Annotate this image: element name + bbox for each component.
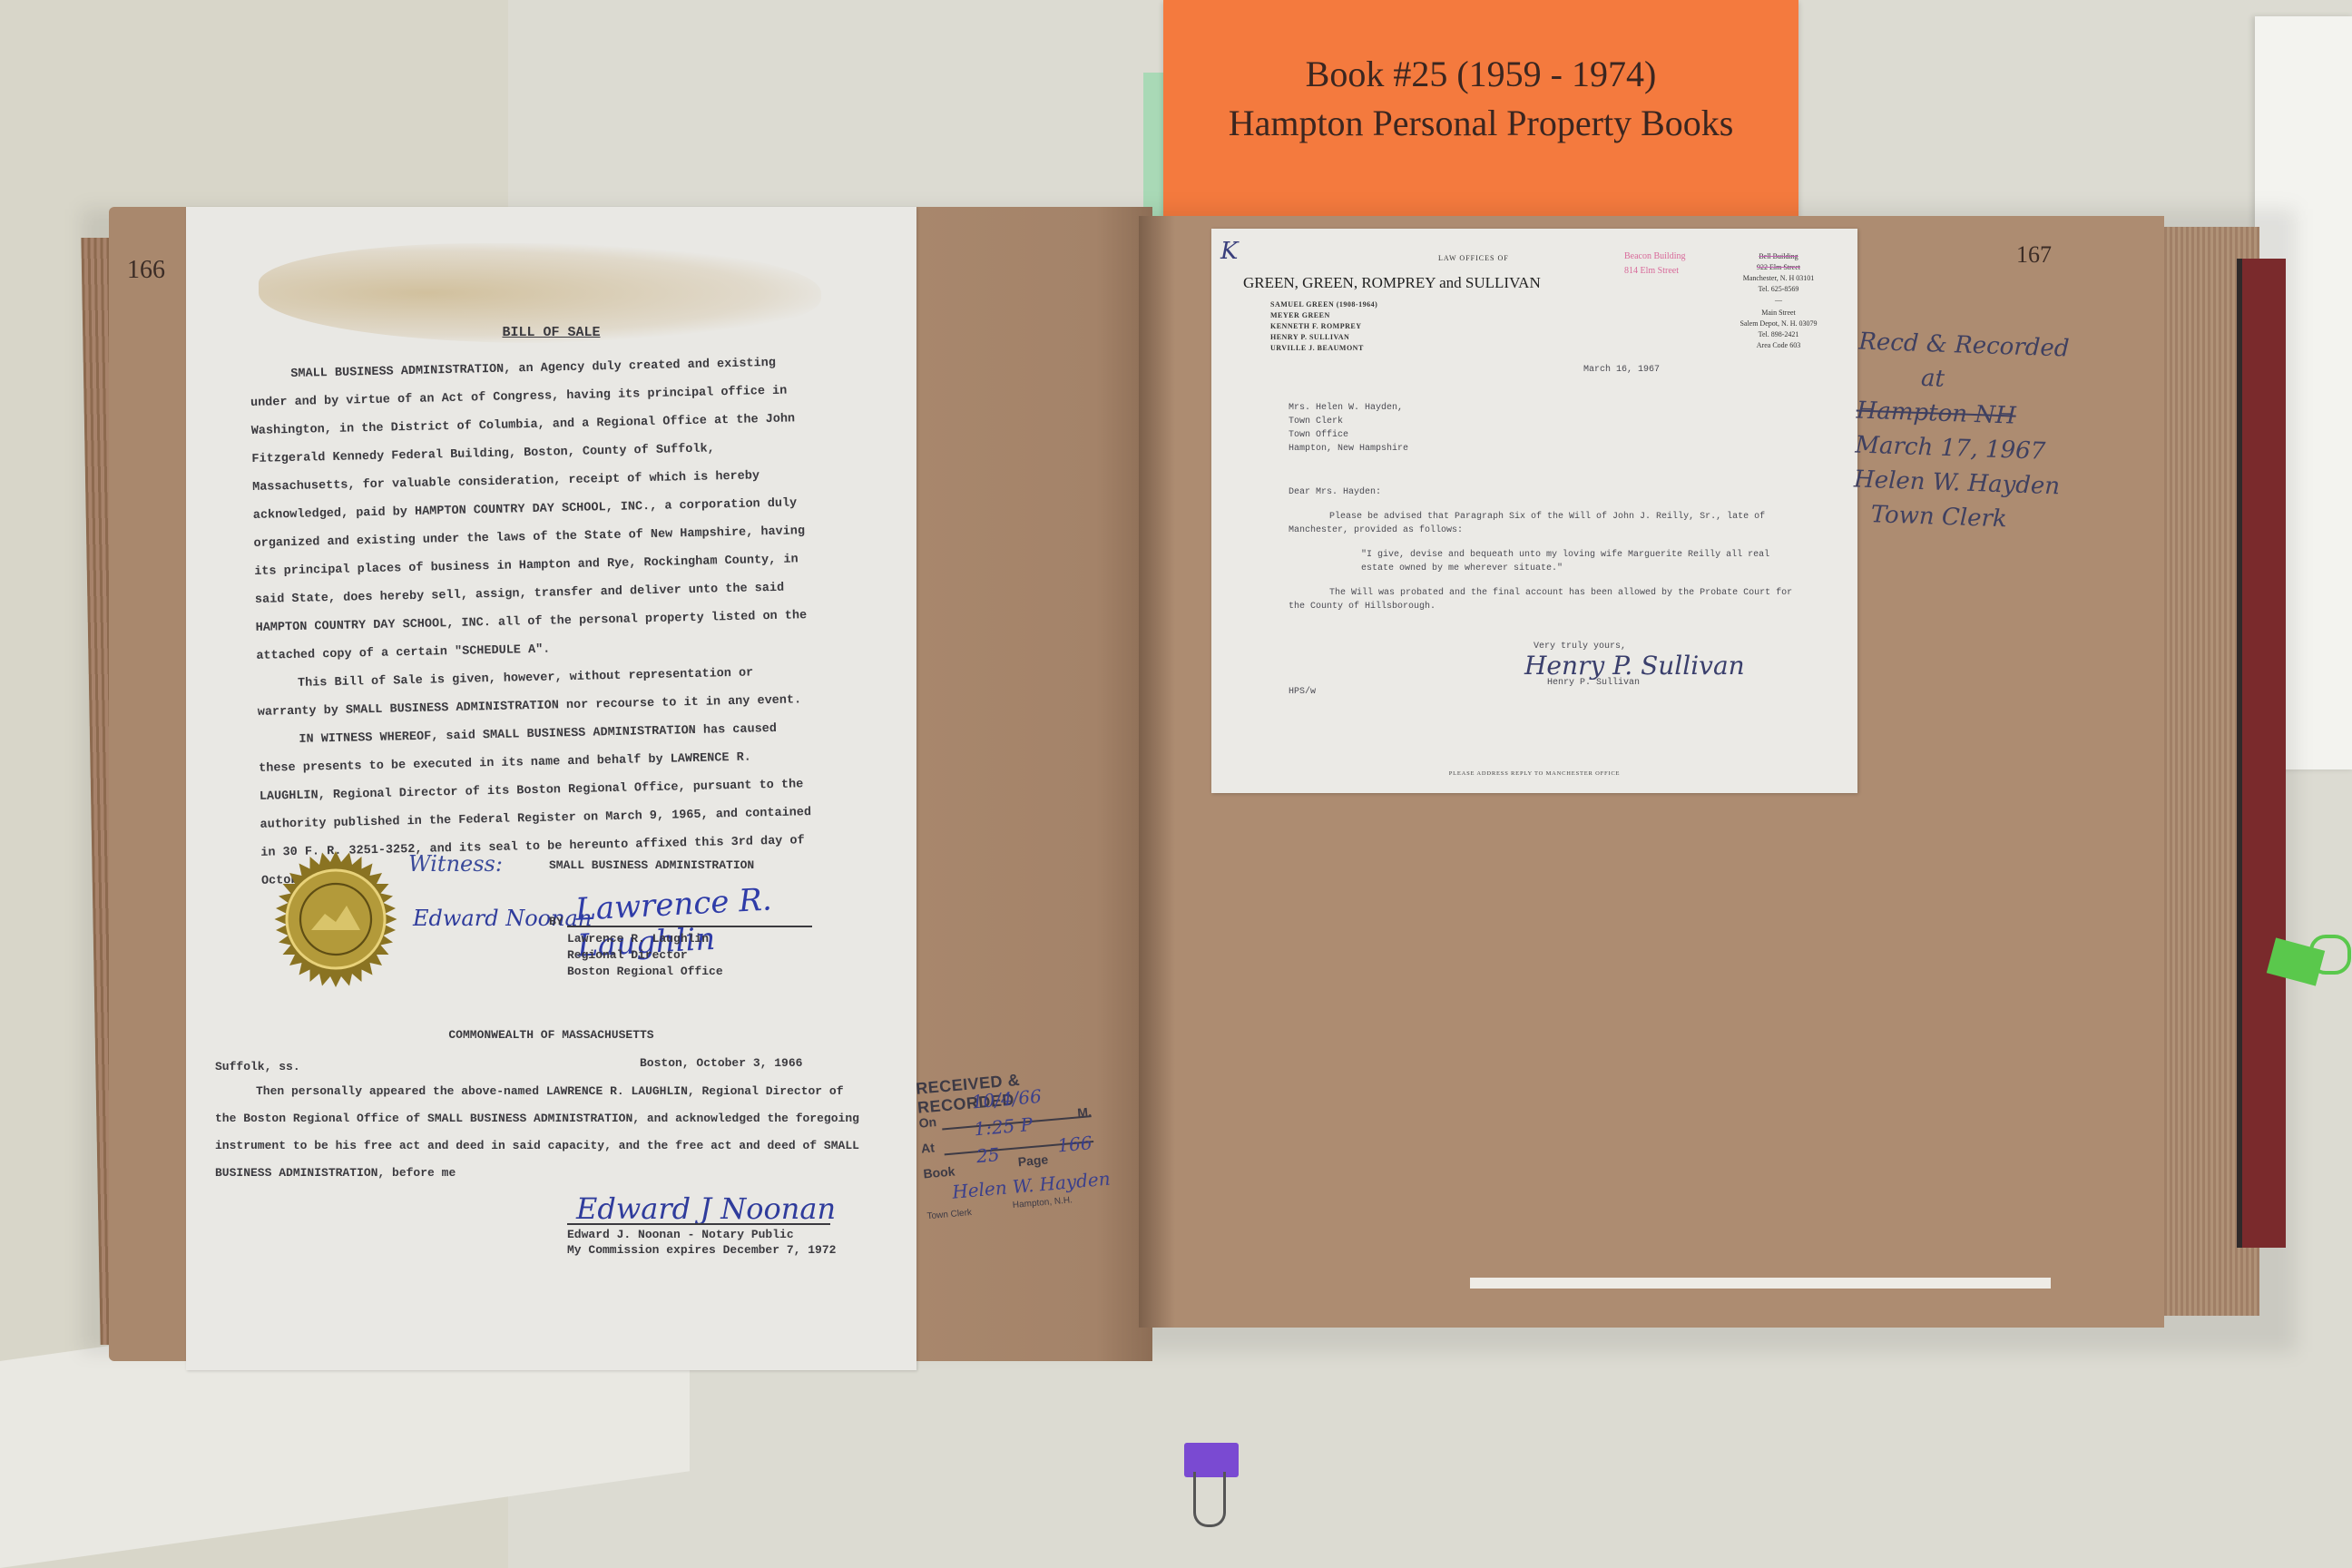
firm-name: GREEN, GREEN, ROMPREY and SULLIVAN xyxy=(1243,274,1541,292)
gold-seal-icon xyxy=(268,851,404,987)
spacer: — xyxy=(1701,295,1856,308)
acknowledgment-heading: COMMONWEALTH OF MASSACHUSETTS xyxy=(186,1028,916,1042)
address-line: Town Office xyxy=(1289,428,1408,442)
clerk-town: Hampton, N.H. xyxy=(1012,1195,1073,1210)
paragraph: The Will was probated and the final acco… xyxy=(1289,586,1797,613)
signer-office: Boston Regional Office xyxy=(567,964,723,980)
partner-list: SAMUEL GREEN (1908-1964) MEYER GREEN KEN… xyxy=(1270,299,1377,354)
office-address-line: Bell Building xyxy=(1701,251,1856,262)
office-address-line: Manchester, N. H 03101 xyxy=(1701,273,1856,284)
page-number-left: 166 xyxy=(127,256,165,285)
greeting: Dear Mrs. Hayden: xyxy=(1289,487,1381,497)
address-stamp: Beacon Building 814 Elm Street xyxy=(1624,250,1686,279)
partner: KENNETH F. ROMPREY xyxy=(1270,321,1377,332)
address-line: Town Clerk xyxy=(1289,415,1408,428)
bill-of-sale-document: BILL OF SALE SMALL BUSINESS ADMINISTRATI… xyxy=(186,207,916,1370)
binder-clip-handle xyxy=(2309,935,2351,975)
book-label: Book #25 (1959 - 1974) Hampton Personal … xyxy=(1163,0,1798,222)
stamp-line-text: 814 Elm Street xyxy=(1624,264,1686,279)
stamp-line-text: Beacon Building xyxy=(1624,250,1686,264)
typist-initials: HPS/w xyxy=(1289,687,1316,697)
area-code: Area Code 603 xyxy=(1701,340,1856,351)
office-addresses: Bell Building 922 Elm Street Manchester,… xyxy=(1701,251,1856,351)
recipient-address: Mrs. Helen W. Hayden, Town Clerk Town Of… xyxy=(1289,401,1408,456)
signer-title: Regional Director xyxy=(567,947,723,964)
page-number-right: 167 xyxy=(2016,241,2052,269)
stamp-page-value: 166 xyxy=(1056,1132,1093,1156)
notary-commission: My Commission expires December 7, 1972 xyxy=(567,1242,836,1258)
office-address-line: Main Street xyxy=(1701,308,1856,318)
sullivan-signature: Henry P. Sullivan xyxy=(1524,651,1745,681)
binder-clip-handle xyxy=(1193,1472,1226,1527)
notary-name: Edward J. Noonan - Notary Public xyxy=(567,1227,836,1242)
right-page-gutter xyxy=(1139,216,1175,1328)
witness-signature: Edward Noonan xyxy=(413,906,592,931)
signer-name: Henry P. Sullivan xyxy=(1547,678,1640,688)
address-line: Hampton, New Hampshire xyxy=(1289,442,1408,456)
notary-block: Edward J. Noonan - Notary Public My Comm… xyxy=(567,1227,836,1258)
paper-strip xyxy=(1470,1278,2051,1289)
paragraph: SMALL BUSINESS ADMINISTRATION, an Agency… xyxy=(250,348,819,671)
partner: SAMUEL GREEN (1908-1964) xyxy=(1270,299,1377,310)
address-line: Mrs. Helen W. Hayden, xyxy=(1289,401,1408,415)
office-address-line: Tel. 625-8569 xyxy=(1701,284,1856,295)
signature-line xyxy=(567,1223,830,1225)
office-address-line: 922 Elm Street xyxy=(1701,262,1856,273)
office-address-line: Tel. 898-2421 xyxy=(1701,329,1856,340)
partner: MEYER GREEN xyxy=(1270,310,1377,321)
letterhead-label: LAW OFFICES OF xyxy=(1438,254,1509,262)
book-cover-edge xyxy=(2237,259,2286,1248)
stamp-at-value: 1:25 P xyxy=(973,1113,1034,1141)
notary-signature: Edward J Noonan xyxy=(576,1191,836,1226)
book-label-subtitle: Hampton Personal Property Books xyxy=(1163,102,1798,144)
place-date: Boston, October 3, 1966 xyxy=(640,1056,802,1070)
partner: URVILLE J. BEAUMONT xyxy=(1270,343,1377,354)
partner: HENRY P. SULLIVAN xyxy=(1270,332,1377,343)
clerk-title: Town Clerk xyxy=(926,1208,972,1221)
stamp-at-label: At xyxy=(920,1140,935,1155)
stamp-page-label: Page xyxy=(1017,1151,1049,1169)
stamp-book-value: 25 xyxy=(975,1143,1000,1167)
acknowledgment-body: Then personally appeared the above-named… xyxy=(215,1078,868,1187)
office-address-line: Salem Depot, N. H. 03079 xyxy=(1701,318,1856,329)
signer-block: Lawrence R. Laughlin Regional Director B… xyxy=(567,931,723,980)
witness-label: Witness: xyxy=(408,851,503,877)
stamp-m-label: M. xyxy=(1077,1104,1093,1120)
venue: Suffolk, ss. xyxy=(215,1060,300,1073)
letter-body: Please be advised that Paragraph Six of … xyxy=(1289,510,1797,624)
received-recorded-stamp: RECEIVED & RECORDED On 10/4/66 At 1:25 P… xyxy=(915,1063,1126,1225)
book-label-title: Book #25 (1959 - 1974) xyxy=(1163,53,1798,95)
signer-name: Lawrence R. Laughlin xyxy=(567,931,723,947)
paragraph: Then personally appeared the above-named… xyxy=(215,1078,868,1187)
signature-by: BY xyxy=(549,915,563,928)
letter-date: March 16, 1967 xyxy=(1583,365,1660,375)
handwritten-recording-note: Recd & Recorded at Hampton NH March 17, … xyxy=(1852,325,2095,540)
paragraph: Please be advised that Paragraph Six of … xyxy=(1289,510,1797,537)
stamp-on-label: On xyxy=(918,1114,937,1131)
document-body: SMALL BUSINESS ADMINISTRATION, an Agency… xyxy=(250,348,824,896)
quote: "I give, devise and bequeath unto my lov… xyxy=(1361,548,1797,575)
clerk-signature: Helen W. Hayden xyxy=(951,1168,1111,1203)
signature-org: SMALL BUSINESS ADMINISTRATION xyxy=(549,858,754,872)
letter-document: K LAW OFFICES OF GREEN, GREEN, ROMPREY a… xyxy=(1211,229,1857,793)
document-title: BILL OF SALE xyxy=(186,325,916,340)
margin-mark: K xyxy=(1220,238,1238,265)
stamp-book-label: Book xyxy=(923,1163,955,1181)
letter-footer: PLEASE ADDRESS REPLY TO MANCHESTER OFFIC… xyxy=(1211,770,1857,777)
